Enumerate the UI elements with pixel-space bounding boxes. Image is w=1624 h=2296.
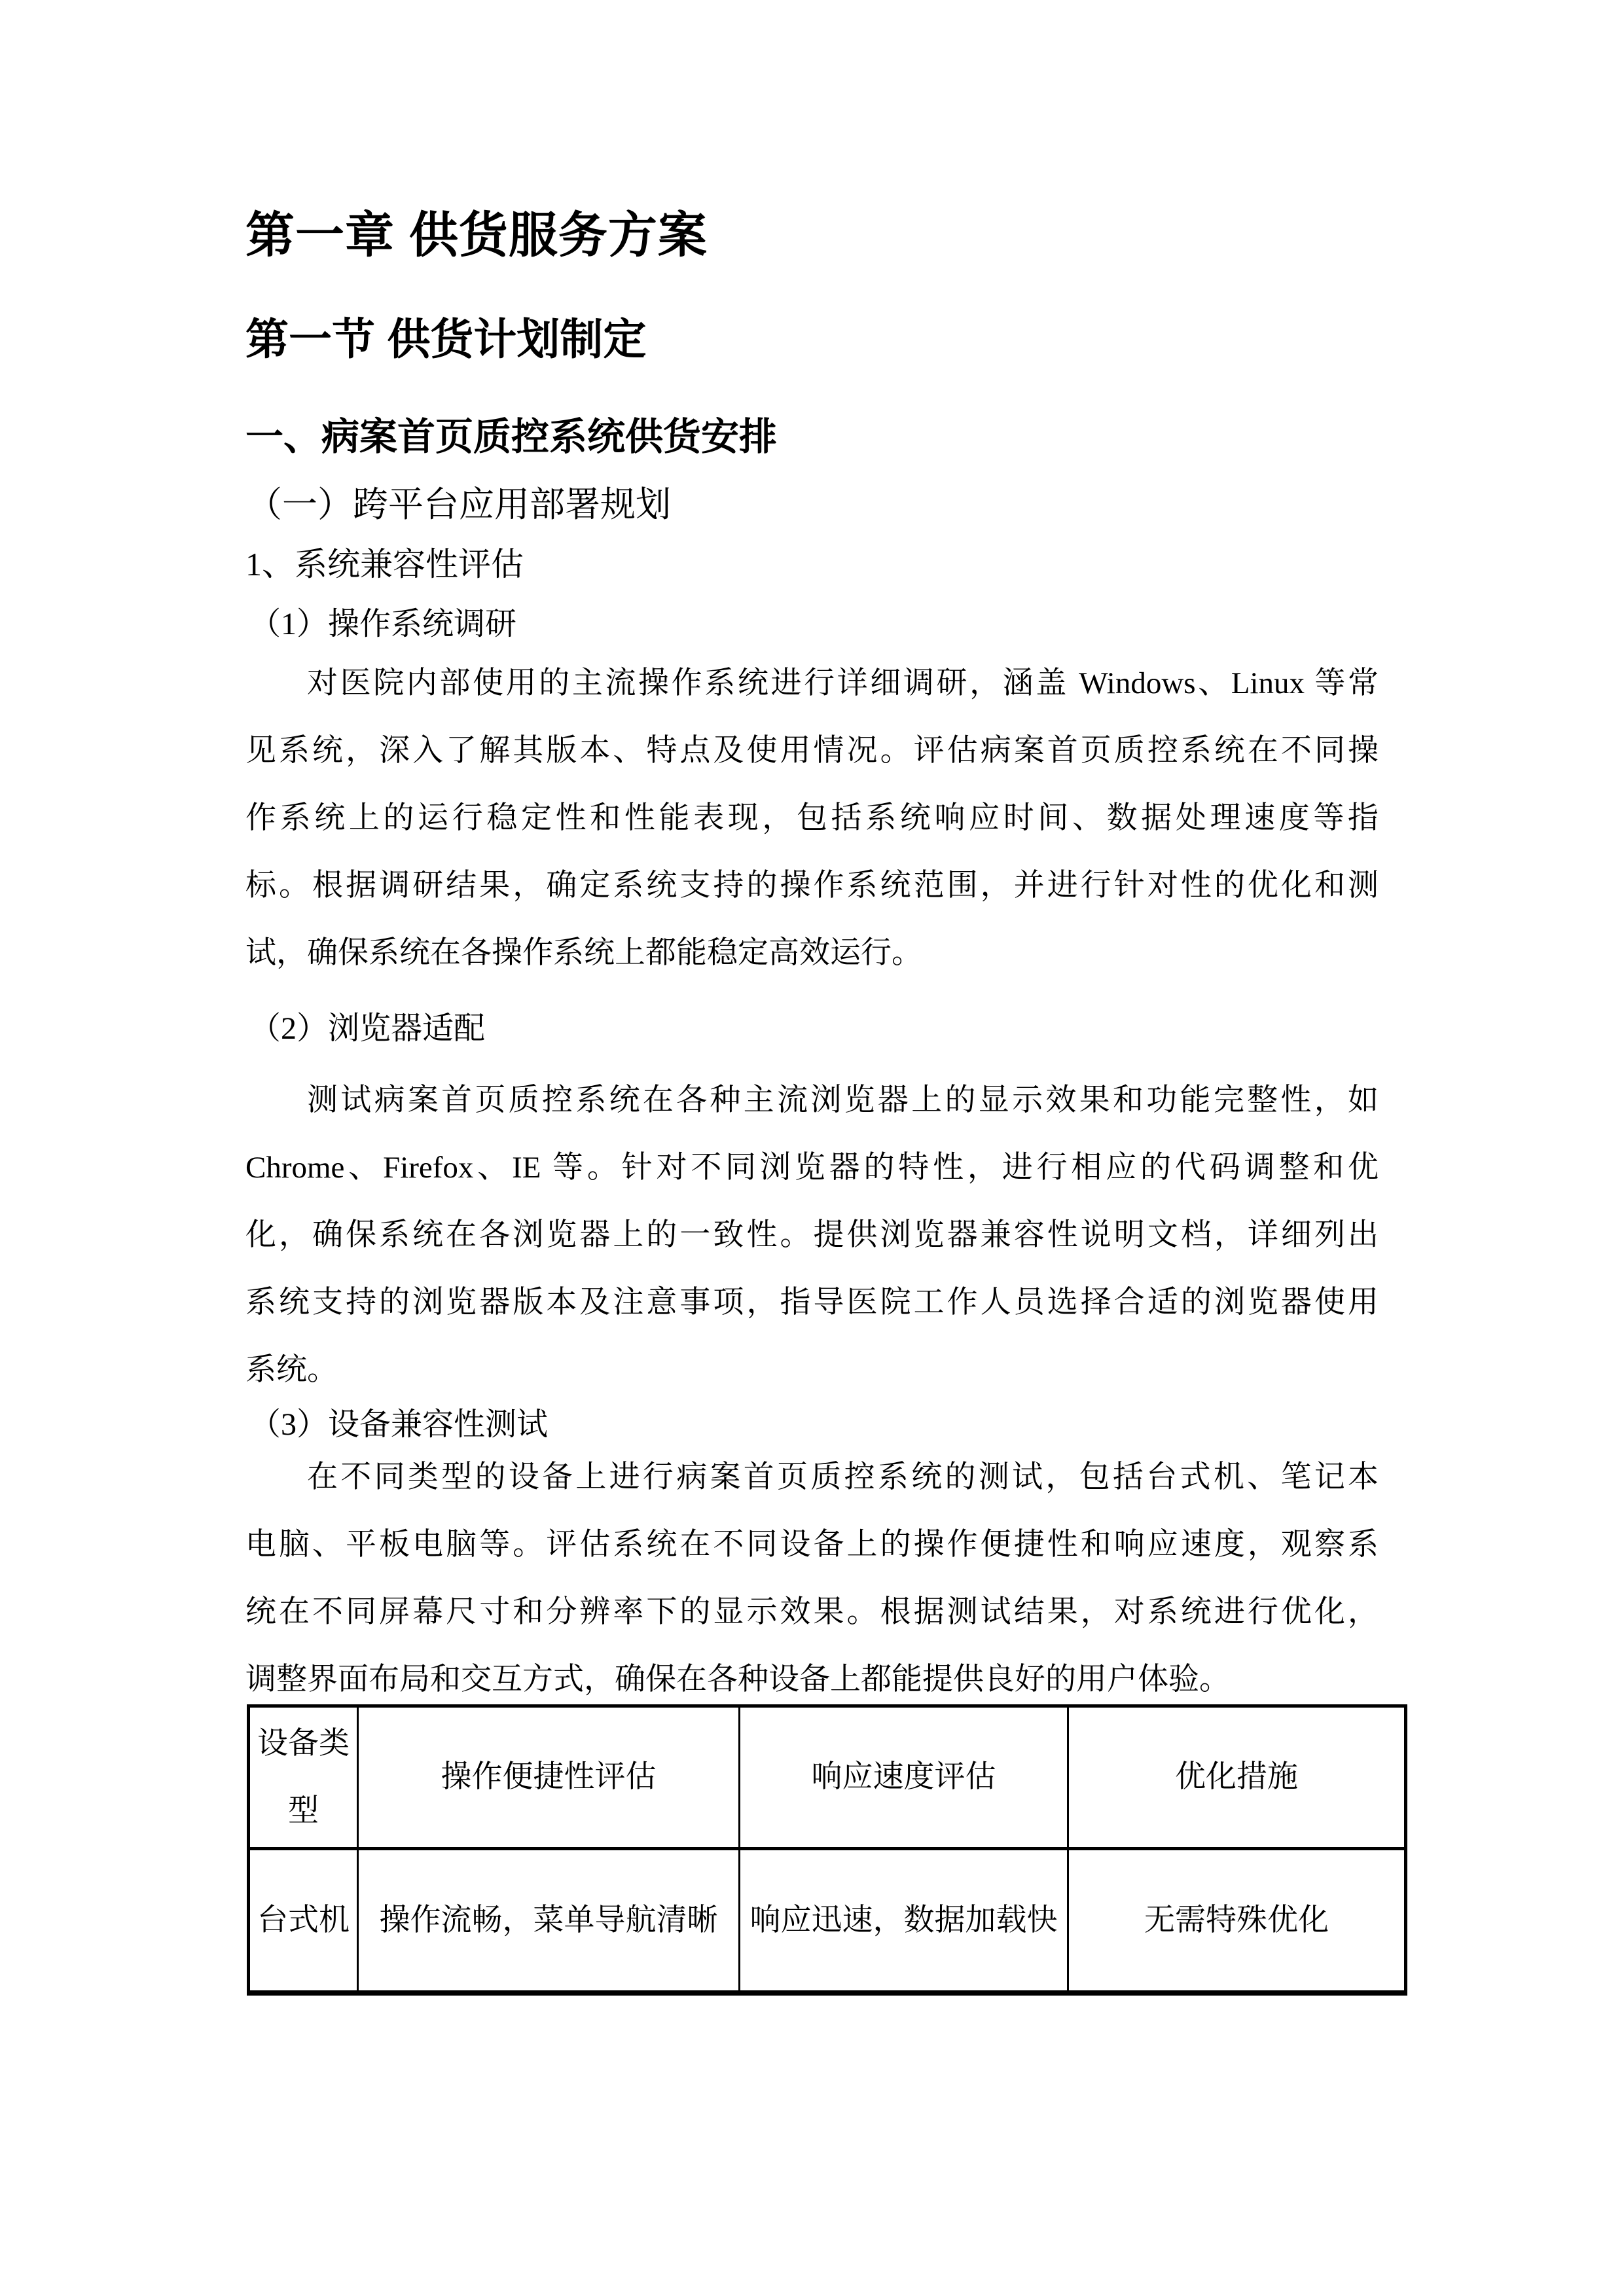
table-cell-optimization: 无需特殊优化 <box>1069 1850 1404 1990</box>
device-compatibility-table: 设备类型 操作便捷性评估 响应速度评估 优化措施 台式机 操作流畅，菜单导航清晰… <box>247 1704 1407 1996</box>
table-cell-operation-convenience: 操作流畅，菜单导航清晰 <box>359 1850 740 1990</box>
heading-supply-arrangement: 一、病案首页质控系统供货安排 <box>245 416 777 458</box>
paragraph-line: 统在不同屏幕尺寸和分辨率下的显示效果。根据测试结果，对系统进行优化， <box>245 1579 1379 1646</box>
item-system-compatibility: 1、系统兼容性评估 <box>245 546 524 584</box>
paragraph-line: 标。根据调研结果，确定系统支持的操作系统范围，并进行针对性的优化和测 <box>245 852 1379 920</box>
paragraph-line: 测试病案首页质控系统在各种主流浏览器上的显示效果和功能完整性，如 <box>245 1067 1379 1134</box>
paragraph-line: 见系统，深入了解其版本、特点及使用情况。评估病案首页质控系统在不同操 <box>245 717 1379 785</box>
paragraph-line: 系统。 <box>245 1336 1379 1404</box>
subheading-device-compatibility: （3）设备兼容性测试 <box>249 1407 548 1443</box>
paragraph-browser-adaptation: 测试病案首页质控系统在各种主流浏览器上的显示效果和功能完整性，如 Chrome、… <box>245 1067 1379 1404</box>
paragraph-line: 在不同类型的设备上进行病案首页质控系统的测试，包括台式机、笔记本 <box>245 1444 1379 1511</box>
paragraph-line: 调整界面布局和交互方式，确保在各种设备上都能提供良好的用户体验。 <box>245 1646 1379 1713</box>
table-header-response-speed: 响应速度评估 <box>740 1708 1069 1850</box>
table-cell-device-type: 台式机 <box>250 1850 359 1990</box>
table-cell-response-speed: 响应迅速，数据加载快 <box>740 1850 1069 1990</box>
paragraph-line: 试，确保系统在各操作系统上都能稳定高效运行。 <box>245 920 1379 987</box>
chapter-title: 第一章 供货服务方案 <box>245 208 708 262</box>
paragraph-line: 电脑、平板电脑等。评估系统在不同设备上的操作便捷性和响应速度，观察系 <box>245 1511 1379 1579</box>
table-header-optimization: 优化措施 <box>1069 1708 1404 1850</box>
table-header-operation-convenience: 操作便捷性评估 <box>359 1708 740 1850</box>
paragraph-line: 对医院内部使用的主流操作系统进行详细调研，涵盖 Windows、Linux 等常 <box>245 650 1379 717</box>
paragraph-device-compatibility: 在不同类型的设备上进行病案首页质控系统的测试，包括台式机、笔记本 电脑、平板电脑… <box>245 1444 1379 1713</box>
paragraph-os-research: 对医院内部使用的主流操作系统进行详细调研，涵盖 Windows、Linux 等常… <box>245 650 1379 987</box>
paragraph-line: Chrome、Firefox、IE 等。针对不同浏览器的特性，进行相应的代码调整… <box>245 1134 1379 1202</box>
subheading-os-research: （1）操作系统调研 <box>249 606 516 642</box>
paragraph-line: 系统支持的浏览器版本及注意事项，指导医院工作人员选择合适的浏览器使用 <box>245 1269 1379 1336</box>
section-title: 第一节 供货计划制定 <box>245 315 646 363</box>
table-header-device-type: 设备类型 <box>250 1708 359 1850</box>
paragraph-line: 作系统上的运行稳定性和性能表现，包括系统响应时间、数据处理速度等指 <box>245 785 1379 852</box>
subheading-browser-adaptation: （2）浏览器适配 <box>249 1011 485 1047</box>
paragraph-line: 化，确保系统在各浏览器上的一致性。提供浏览器兼容性说明文档，详细列出 <box>245 1202 1379 1269</box>
document-page: 第一章 供货服务方案 第一节 供货计划制定 一、病案首页质控系统供货安排 （一）… <box>0 0 1624 2296</box>
heading-cross-platform: （一）跨平台应用部署规划 <box>247 484 671 525</box>
